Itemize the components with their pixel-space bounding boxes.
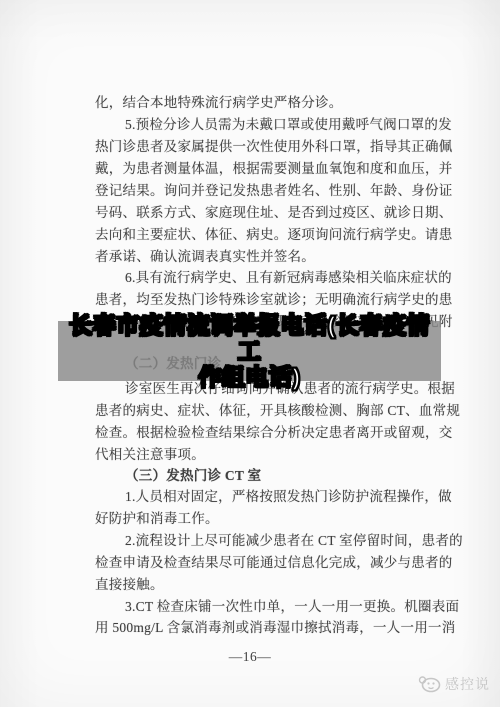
doc-line: 戴，为患者测量体温，根据需要测量血氧饱和度和血压，并	[95, 161, 453, 176]
doc-line: 好防护和消毒工作。	[95, 511, 219, 526]
page-number: —16—	[0, 649, 500, 665]
doc-line: 化，结合本地特殊流行病学史严格分诊。	[95, 95, 343, 110]
doc-line: 6.具有流行病学史、且有新冠病毒感染相关临床症状的	[125, 270, 452, 285]
doc-line: 用 500mg/L 含氯消毒剂或消毒湿巾擦拭消毒，一人一用一消	[95, 620, 456, 635]
doc-line: 检查申请及检查结果尽可能通过信息化完成，减少与患者的	[95, 555, 453, 570]
doc-line: 患者，均至发热门诊特殊诊室就诊；无明确流行病学史的患	[95, 292, 453, 307]
watermark: 感控说	[418, 674, 490, 694]
cloud-face-icon	[418, 675, 442, 693]
doc-line: 去向和主要症状、体征、病史。逐项询问流行病学史。请患	[95, 227, 453, 242]
doc-line: 1.人员相对固定，严格按照发热门诊防护流程操作，做	[125, 489, 452, 504]
doc-line: 患者的病史、症状、体征，开具核酸检测、胸部 CT、血常规	[95, 403, 460, 418]
doc-line: 检查。根据检验检查结果综合分析决定患者离开或留观，交	[95, 425, 453, 440]
doc-line: 3.CT 检查床铺一次性巾单，一人一用一更换。机圈表面	[125, 599, 459, 614]
doc-line: 直接接触。	[95, 577, 164, 592]
doc-line: 登记结果。询问并登记发热患者姓名、性别、年龄、身份证	[95, 183, 453, 198]
doc-line: 热门诊患者及家属提供一次性使用外科口罩，指导其正确佩	[95, 139, 453, 154]
watermark-text: 感控说	[445, 674, 490, 694]
doc-line: 号码、联系方式、家庭现住址、是否到过疫区、就诊日期、	[95, 205, 453, 220]
section-heading-3: （三）发热门诊 CT 室	[125, 468, 261, 483]
doc-line: 者承诺、确认流调表真实性并签名。	[95, 249, 315, 264]
article-title: 长春市疫情流调举报电话(长春疫情工 作组电话)	[58, 312, 441, 390]
scanned-document-page: 化，结合本地特殊流行病学史严格分诊。 5.预检分诊人员需为未戴口罩或使用戴呼气阀…	[0, 0, 500, 707]
article-title-line2: 作组电话)	[198, 364, 300, 390]
article-title-line1: 长春市疫情流调举报电话(长春疫情工	[69, 312, 430, 364]
title-overlay-band: 长春市疫情流调举报电话(长春疫情工 作组电话)	[58, 321, 441, 381]
doc-line: 2.流程设计上尽可能减少患者在 CT 室停留时间，患者的	[125, 533, 463, 548]
doc-line: 5.预检分诊人员需为未戴口罩或使用戴呼气阀口罩的发	[125, 117, 452, 132]
doc-line: 代相关注意事项。	[95, 447, 205, 462]
